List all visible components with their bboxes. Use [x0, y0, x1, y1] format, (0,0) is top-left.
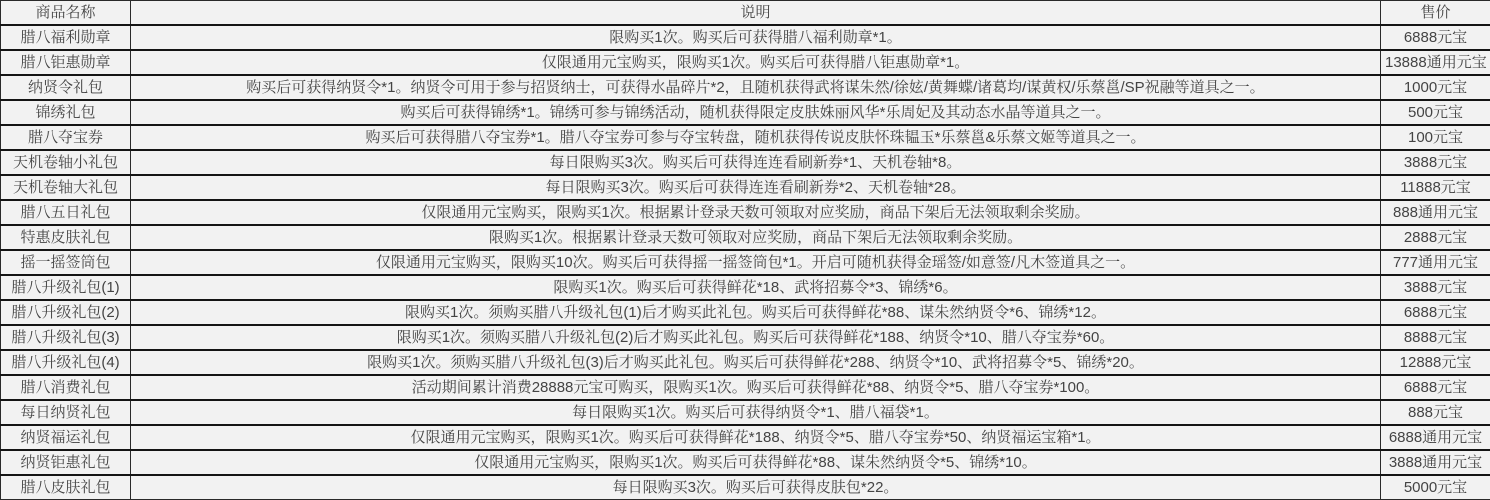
product-price-cell: 6888元宝 — [1381, 25, 1490, 50]
product-name-cell: 腊八升级礼包(3) — [1, 325, 131, 350]
product-name-cell: 纳贤钜惠礼包 — [1, 450, 131, 475]
table-row: 腊八夺宝券 购买后可获得腊八夺宝券*1。腊八夺宝券可参与夺宝转盘，随机获得传说皮… — [1, 125, 1490, 150]
product-price-cell: 1000元宝 — [1381, 75, 1490, 100]
table-row: 天机卷轴小礼包 每日限购买3次。购买后可获得连连看刷新券*1、天机卷轴*8。 3… — [1, 150, 1490, 175]
product-description-cell: 活动期间累计消费28888元宝可购买，限购买1次。购买后可获得鲜花*88、纳贤令… — [131, 375, 1381, 400]
product-description-cell: 仅限通用元宝购买，限购买1次。购买后可获得腊八钜惠勋章*1。 — [131, 50, 1381, 75]
product-price-cell: 3888元宝 — [1381, 275, 1490, 300]
product-description-cell: 仅限通用元宝购买，限购买1次。根据累计登录天数可领取对应奖励，商品下架后无法领取… — [131, 200, 1381, 225]
table-row: 腊八五日礼包 仅限通用元宝购买，限购买1次。根据累计登录天数可领取对应奖励，商品… — [1, 200, 1490, 225]
product-description-cell: 每日限购买3次。购买后可获得连连看刷新券*2、天机卷轴*28。 — [131, 175, 1381, 200]
product-description-cell: 限购买1次。购买后可获得腊八福利勋章*1。 — [131, 25, 1381, 50]
product-price-cell: 6888元宝 — [1381, 300, 1490, 325]
product-name-cell: 腊八五日礼包 — [1, 200, 131, 225]
product-description-cell: 仅限通用元宝购买，限购买1次。购买后可获得鲜花*188、纳贤令*5、腊八夺宝券*… — [131, 425, 1381, 450]
product-price-cell: 2888元宝 — [1381, 225, 1490, 250]
product-price-cell: 3888元宝 — [1381, 150, 1490, 175]
product-name-cell: 腊八夺宝券 — [1, 125, 131, 150]
product-price-cell: 500元宝 — [1381, 100, 1490, 125]
product-description-cell: 每日限购买1次。购买后可获得纳贤令*1、腊八福袋*1。 — [131, 400, 1381, 425]
table-row: 摇一摇签筒包 仅限通用元宝购买，限购买10次。购买后可获得摇一摇签筒包*1。开启… — [1, 250, 1490, 275]
product-name-cell: 腊八升级礼包(1) — [1, 275, 131, 300]
table-row: 腊八皮肤礼包 每日限购买3次。购买后可获得皮肤包*22。 5000元宝 — [1, 475, 1490, 500]
product-table: 商品名称 说明 售价 腊八福利勋章 限购买1次。购买后可获得腊八福利勋章*1。 … — [0, 0, 1490, 500]
table-row: 特惠皮肤礼包 限购买1次。根据累计登录天数可领取对应奖励，商品下架后无法领取剩余… — [1, 225, 1490, 250]
column-header-description: 说明 — [131, 1, 1381, 26]
product-price-cell: 888元宝 — [1381, 400, 1490, 425]
product-price-cell: 3888通用元宝 — [1381, 450, 1490, 475]
product-name-cell: 腊八消费礼包 — [1, 375, 131, 400]
table-row: 腊八升级礼包(1) 限购买1次。购买后可获得鲜花*18、武将招募令*3、锦绣*6… — [1, 275, 1490, 300]
product-description-cell: 每日限购买3次。购买后可获得连连看刷新券*1、天机卷轴*8。 — [131, 150, 1381, 175]
table-row: 腊八消费礼包 活动期间累计消费28888元宝可购买，限购买1次。购买后可获得鲜花… — [1, 375, 1490, 400]
table-row: 每日纳贤礼包 每日限购买1次。购买后可获得纳贤令*1、腊八福袋*1。 888元宝 — [1, 400, 1490, 425]
product-name-cell: 腊八皮肤礼包 — [1, 475, 131, 500]
product-name-cell: 腊八钜惠勋章 — [1, 50, 131, 75]
product-price-cell: 13888通用元宝 — [1381, 50, 1490, 75]
product-description-cell: 每日限购买3次。购买后可获得皮肤包*22。 — [131, 475, 1381, 500]
product-description-cell: 限购买1次。须购买腊八升级礼包(2)后才购买此礼包。购买后可获得鲜花*188、纳… — [131, 325, 1381, 350]
product-name-cell: 每日纳贤礼包 — [1, 400, 131, 425]
product-price-cell: 888通用元宝 — [1381, 200, 1490, 225]
product-price-cell: 777通用元宝 — [1381, 250, 1490, 275]
product-description-cell: 限购买1次。根据累计登录天数可领取对应奖励，商品下架后无法领取剩余奖励。 — [131, 225, 1381, 250]
product-price-cell: 8888元宝 — [1381, 325, 1490, 350]
header-row: 商品名称 说明 售价 — [1, 1, 1490, 26]
column-header-product-name: 商品名称 — [1, 1, 131, 26]
product-description-cell: 购买后可获得纳贤令*1。纳贤令可用于参与招贤纳士，可获得水晶碎片*2，且随机获得… — [131, 75, 1381, 100]
table-row: 天机卷轴大礼包 每日限购买3次。购买后可获得连连看刷新券*2、天机卷轴*28。 … — [1, 175, 1490, 200]
product-description-cell: 限购买1次。购买后可获得鲜花*18、武将招募令*3、锦绣*6。 — [131, 275, 1381, 300]
product-description-cell: 购买后可获得锦绣*1。锦绣可参与锦绣活动，随机获得限定皮肤姝丽风华*乐周妃及其动… — [131, 100, 1381, 125]
product-name-cell: 天机卷轴小礼包 — [1, 150, 131, 175]
product-description-cell: 购买后可获得腊八夺宝券*1。腊八夺宝券可参与夺宝转盘，随机获得传说皮肤怀珠韫玉*… — [131, 125, 1381, 150]
product-name-cell: 腊八升级礼包(4) — [1, 350, 131, 375]
column-header-price: 售价 — [1381, 1, 1490, 26]
product-price-cell: 100元宝 — [1381, 125, 1490, 150]
product-description-cell: 仅限通用元宝购买，限购买10次。购买后可获得摇一摇签筒包*1。开启可随机获得金瑶… — [131, 250, 1381, 275]
product-name-cell: 锦绣礼包 — [1, 100, 131, 125]
table-row: 纳贤钜惠礼包 仅限通用元宝购买，限购买1次。购买后可获得鲜花*88、谋朱然纳贤令… — [1, 450, 1490, 475]
table-row: 纳贤福运礼包 仅限通用元宝购买，限购买1次。购买后可获得鲜花*188、纳贤令*5… — [1, 425, 1490, 450]
product-price-cell: 12888元宝 — [1381, 350, 1490, 375]
table-row: 腊八钜惠勋章 仅限通用元宝购买，限购买1次。购买后可获得腊八钜惠勋章*1。 13… — [1, 50, 1490, 75]
table-row: 腊八升级礼包(4) 限购买1次。须购买腊八升级礼包(3)后才购买此礼包。购买后可… — [1, 350, 1490, 375]
product-description-cell: 仅限通用元宝购买，限购买1次。购买后可获得鲜花*88、谋朱然纳贤令*5、锦绣*1… — [131, 450, 1381, 475]
product-name-cell: 腊八福利勋章 — [1, 25, 131, 50]
product-description-cell: 限购买1次。须购买腊八升级礼包(3)后才购买此礼包。购买后可获得鲜花*288、纳… — [131, 350, 1381, 375]
product-price-cell: 6888元宝 — [1381, 375, 1490, 400]
product-price-cell: 11888元宝 — [1381, 175, 1490, 200]
product-name-cell: 特惠皮肤礼包 — [1, 225, 131, 250]
table-row: 纳贤令礼包 购买后可获得纳贤令*1。纳贤令可用于参与招贤纳士，可获得水晶碎片*2… — [1, 75, 1490, 100]
product-name-cell: 天机卷轴大礼包 — [1, 175, 131, 200]
table-row: 腊八升级礼包(2) 限购买1次。须购买腊八升级礼包(1)后才购买此礼包。购买后可… — [1, 300, 1490, 325]
product-description-cell: 限购买1次。须购买腊八升级礼包(1)后才购买此礼包。购买后可获得鲜花*88、谋朱… — [131, 300, 1381, 325]
product-name-cell: 纳贤令礼包 — [1, 75, 131, 100]
table-body: 腊八福利勋章 限购买1次。购买后可获得腊八福利勋章*1。 6888元宝 腊八钜惠… — [1, 25, 1490, 500]
table-row: 锦绣礼包 购买后可获得锦绣*1。锦绣可参与锦绣活动，随机获得限定皮肤姝丽风华*乐… — [1, 100, 1490, 125]
table-row: 腊八福利勋章 限购买1次。购买后可获得腊八福利勋章*1。 6888元宝 — [1, 25, 1490, 50]
product-price-cell: 5000元宝 — [1381, 475, 1490, 500]
product-name-cell: 腊八升级礼包(2) — [1, 300, 131, 325]
product-price-cell: 6888通用元宝 — [1381, 425, 1490, 450]
table-row: 腊八升级礼包(3) 限购买1次。须购买腊八升级礼包(2)后才购买此礼包。购买后可… — [1, 325, 1490, 350]
product-name-cell: 纳贤福运礼包 — [1, 425, 131, 450]
table-header: 商品名称 说明 售价 — [1, 1, 1490, 26]
product-name-cell: 摇一摇签筒包 — [1, 250, 131, 275]
